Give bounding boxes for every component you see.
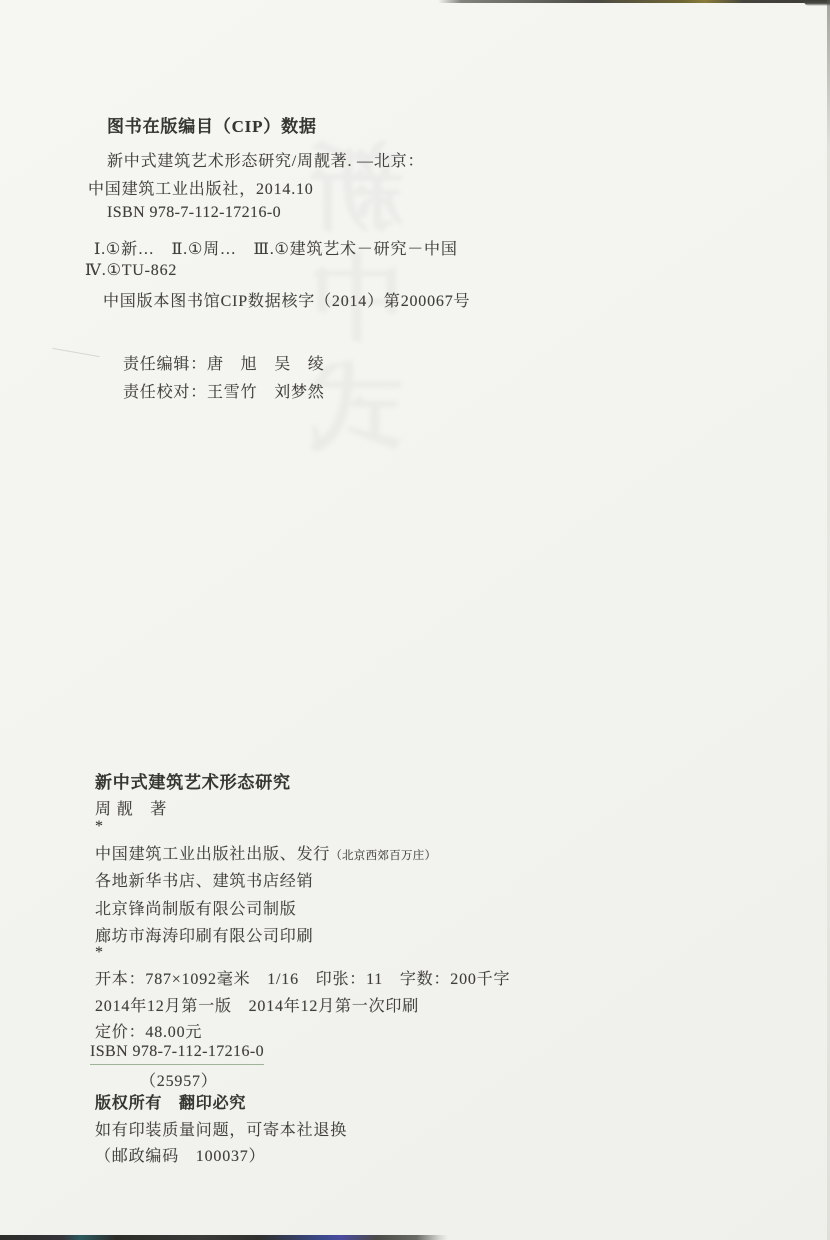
scan-edge-top	[438, 0, 830, 3]
colophon-isbn-text: ISBN 978-7-112-17216-0	[90, 1043, 264, 1065]
scan-edge-bottom	[0, 1235, 448, 1240]
scan-scratch-artifact	[52, 348, 99, 357]
colophon-book-number: （25957）	[140, 1068, 218, 1091]
colophon-publisher-main: 中国建筑工业出版社出版、发行	[95, 846, 330, 863]
cip-publisher-line: 中国建筑工业出版社，2014.10	[88, 176, 314, 199]
colophon-publisher-note: （北京西郊百万庄）	[330, 850, 436, 862]
colophon-return-notice: 如有印装质量问题，可寄本社退换	[95, 1117, 347, 1140]
show-through-ghost-text: 新中式	[296, 138, 433, 498]
colophon-isbn-line: ISBN 978-7-112-17216-0	[90, 1043, 264, 1061]
colophon-typesetting-line: 北京锋尚制版有限公司制版	[95, 896, 297, 919]
cip-record-line: 中国版本图书馆CIP数据核字（2014）第200067号	[103, 288, 470, 311]
cip-isbn-line: ISBN 978-7-112-17216-0	[107, 204, 281, 222]
colophon-publisher-line: 中国建筑工业出版社出版、发行（北京西郊百万庄）	[95, 841, 436, 864]
responsible-proofreader-line: 责任校对：王雪竹 刘梦然	[123, 379, 325, 402]
cip-classification-line-2: Ⅳ.①TU-862	[85, 260, 177, 280]
colophon-distribution-line: 各地新华书店、建筑书店经销	[95, 868, 313, 891]
book-copyright-page: 新中式 图书在版编目（CIP）数据 新中式建筑艺术形态研究/周靓著. —北京： …	[0, 0, 830, 1240]
colophon-format-line: 开本：787×1092毫米 1/16 印张：11 字数：200千字	[95, 966, 510, 989]
responsible-editor-line: 责任编辑：唐 旭 吴 绫	[123, 351, 325, 374]
colophon-copyright-line: 版权所有 翻印必究	[95, 1090, 246, 1113]
colophon-separator-star-1: *	[95, 818, 104, 836]
colophon-printing-line: 廊坊市海涛印刷有限公司印刷	[95, 923, 313, 946]
cip-classification-line-1: Ⅰ.①新… Ⅱ.①周… Ⅲ.①建筑艺术－研究－中国	[94, 236, 458, 259]
colophon-postcode-line: （邮政编码 100037）	[95, 1143, 265, 1166]
cip-header: 图书在版编目（CIP）数据	[107, 112, 317, 137]
colophon-edition-line: 2014年12月第一版 2014年12月第一次印刷	[95, 993, 419, 1016]
colophon-title: 新中式建筑艺术形态研究	[95, 768, 291, 793]
colophon-author: 周 靓 著	[95, 796, 167, 819]
cip-title-line: 新中式建筑艺术形态研究/周靓著. —北京：	[107, 148, 424, 171]
colophon-price-line: 定价：48.00元	[95, 1019, 202, 1042]
colophon-separator-star-2: *	[95, 944, 104, 962]
